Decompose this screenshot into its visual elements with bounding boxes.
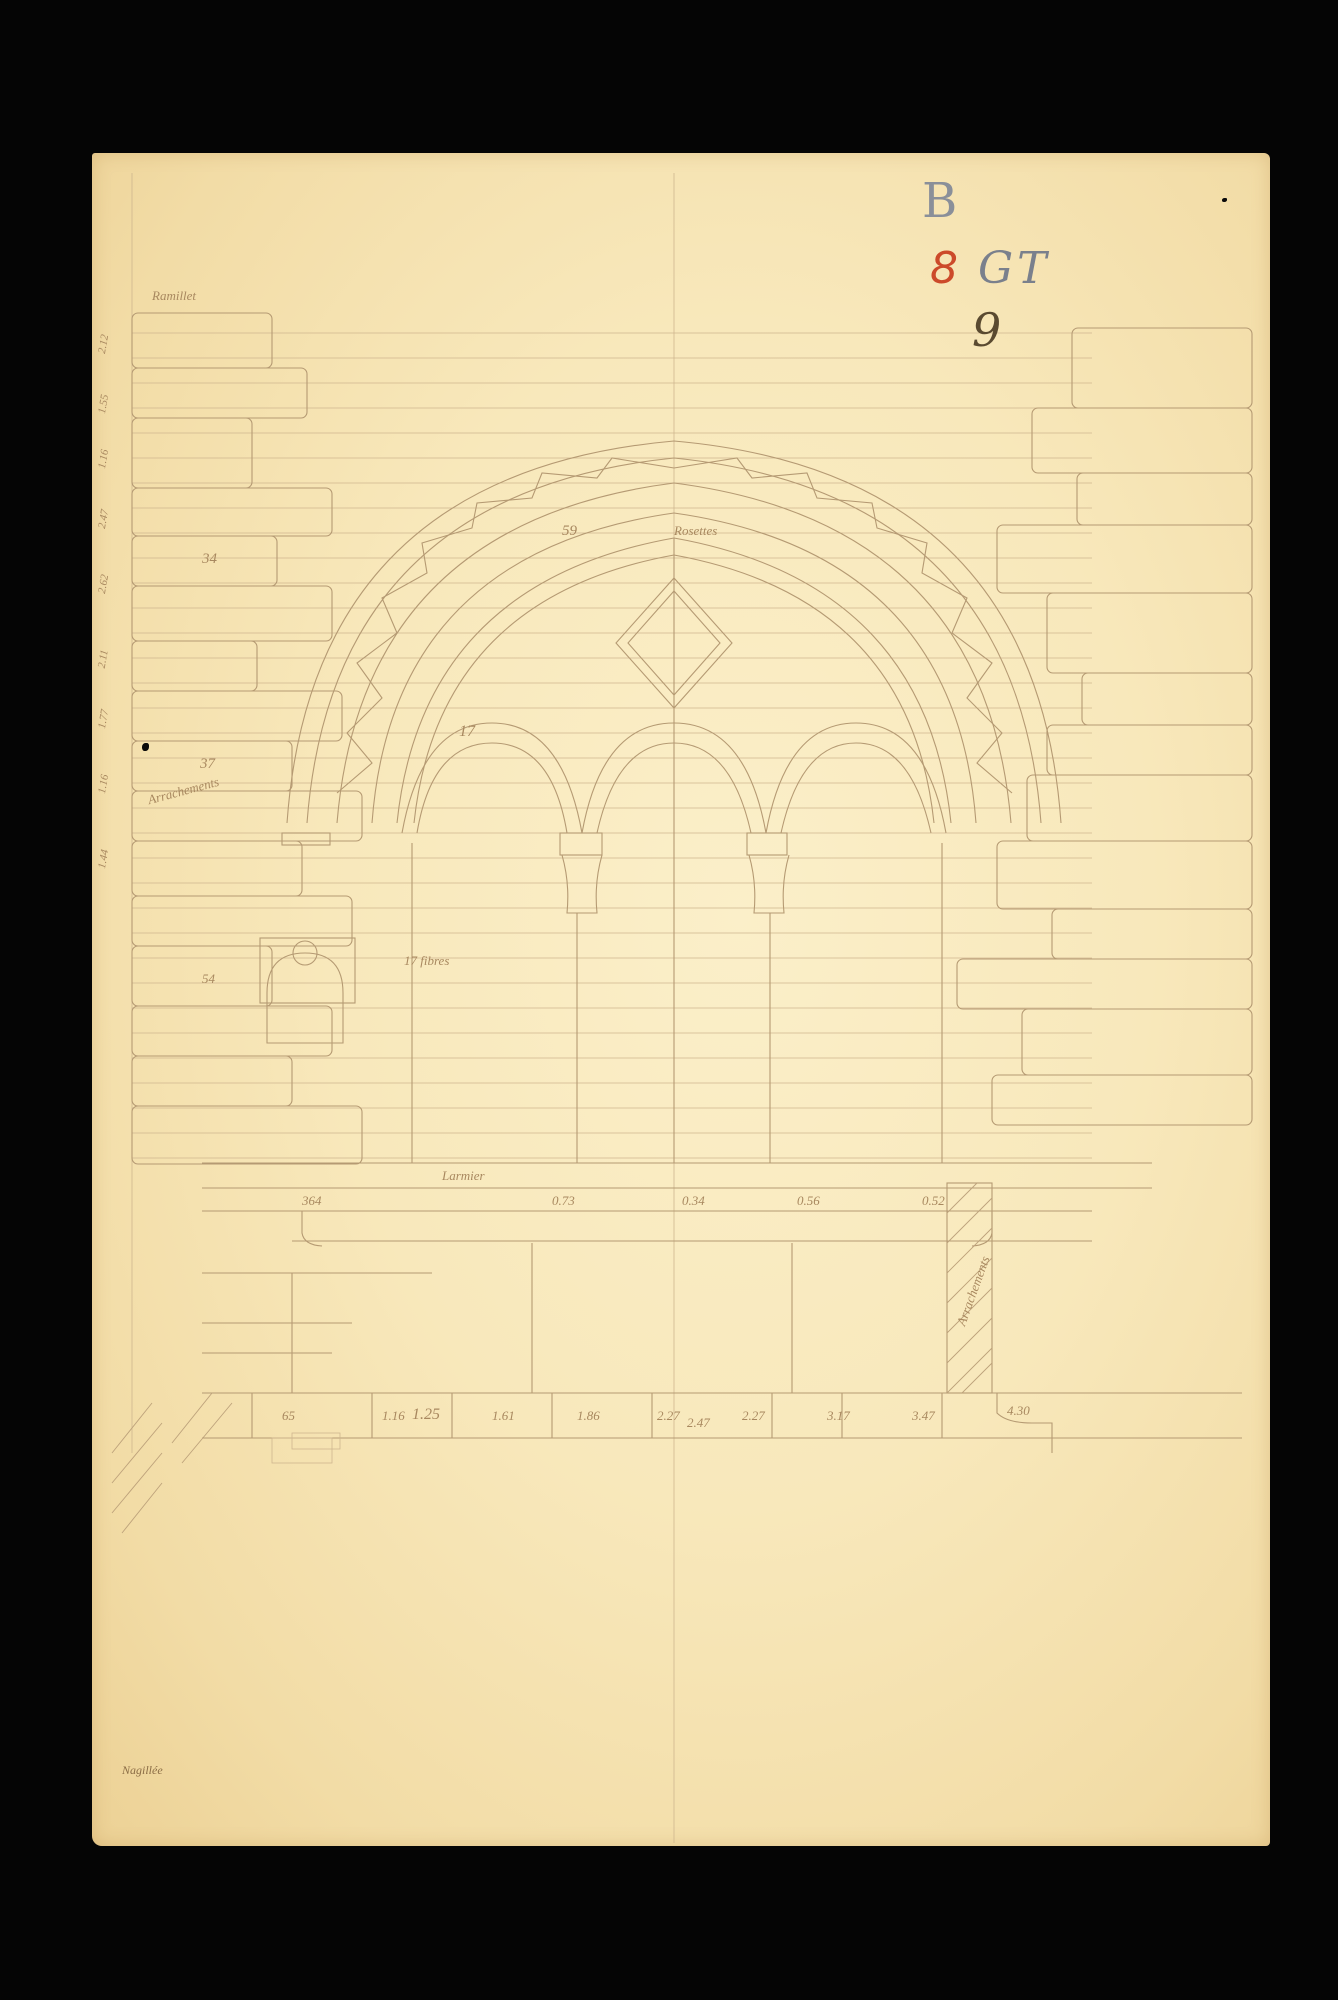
small-sketch-block bbox=[272, 1438, 332, 1463]
arcade-number: 17 bbox=[459, 723, 475, 741]
corner-mark-code: GT bbox=[978, 243, 1051, 294]
plinth-dim: 4.30 bbox=[1007, 1403, 1030, 1419]
plinth-dim: 1.86 bbox=[577, 1408, 600, 1424]
left-quoin-stones bbox=[132, 313, 362, 1164]
sill-label: Larmier bbox=[442, 1168, 485, 1184]
plinth-dim: 3.17 bbox=[827, 1408, 850, 1424]
masonry-course-lines bbox=[132, 173, 1092, 1843]
plinth-dim: 2.27 bbox=[742, 1408, 765, 1424]
plinth-dim: 1.61 bbox=[492, 1408, 515, 1424]
stone-dim-34: 34 bbox=[202, 551, 217, 568]
plinth-dim: 3.47 bbox=[912, 1408, 935, 1424]
plinth-dim: 1.16 bbox=[382, 1408, 405, 1424]
drawing-sheet: B 8 GT 9 Ramillet 59 Rosettes 17 17 fibr… bbox=[92, 153, 1270, 1846]
sill-dim: 0.34 bbox=[682, 1193, 705, 1209]
sill-dim: 0.56 bbox=[797, 1193, 820, 1209]
sill-dim: 0.52 bbox=[922, 1193, 945, 1209]
top-left-label: Ramillet bbox=[152, 288, 196, 304]
arch-measure: 59 bbox=[562, 523, 577, 540]
signature: Nagillée bbox=[122, 1763, 163, 1778]
corner-mark-letter: B bbox=[922, 173, 957, 229]
window-sill bbox=[202, 1163, 1242, 1453]
plinth-dim: 1.25 bbox=[412, 1406, 440, 1424]
paper-hole bbox=[142, 743, 149, 751]
plinth-dim: 2.47 bbox=[687, 1415, 710, 1431]
paper-hole bbox=[1222, 198, 1227, 202]
window-height-note: 17 fibres bbox=[404, 953, 449, 969]
triple-arcade bbox=[282, 723, 952, 1163]
hatched-section-left bbox=[112, 1393, 232, 1533]
elevation-drawing bbox=[92, 153, 1270, 1846]
plinth-dim: 65 bbox=[282, 1408, 295, 1424]
niche-number: 54 bbox=[202, 971, 215, 987]
stone-dim-37: 37 bbox=[200, 756, 215, 773]
plinth-dim: 2.27 bbox=[657, 1408, 680, 1424]
corner-mark-sheet-number: 9 bbox=[972, 303, 1001, 357]
inner-lancet-arch bbox=[397, 538, 951, 1163]
sill-dim: 0.73 bbox=[552, 1193, 575, 1209]
small-arched-niche bbox=[260, 938, 355, 1043]
corner-mark-red-number: 8 bbox=[930, 243, 958, 294]
arch-label: Rosettes bbox=[674, 523, 717, 539]
sill-dim: 364 bbox=[302, 1193, 322, 1209]
right-quoin-stones bbox=[957, 328, 1252, 1125]
